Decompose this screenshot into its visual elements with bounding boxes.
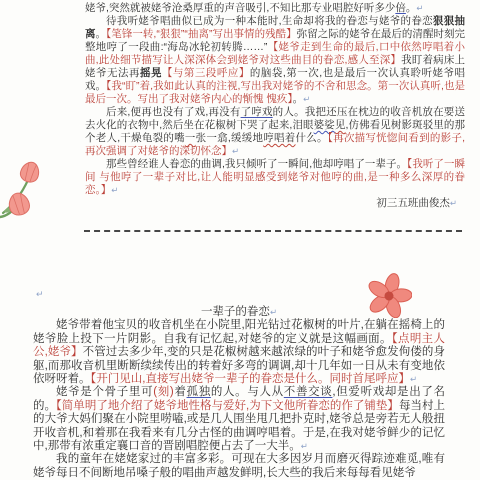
essay-text: 哼唱着 bbox=[263, 132, 295, 144]
paragraph-mark-icon: ↵ bbox=[301, 441, 308, 451]
essay-text: 倍 bbox=[395, 2, 406, 14]
paragraph: 姥爷,突然就被姥爷沧桑厚重的声音吸引,不知比那专业唱腔好听多少倍。↵ bbox=[85, 2, 465, 15]
essay-text: 不善交谈 bbox=[284, 386, 333, 398]
essay-2-body: 姥爷带着他宝贝的收音机坐在小院里,阳光钻过花椒树的叶片,在躺在摇椅上的姥爷脸上投… bbox=[33, 319, 445, 480]
essay-text: 婆娑 bbox=[314, 119, 335, 131]
essay-text: 待我听姥爷唱曲似已成为一种本能时,生命却将我的眷恋与姥爷的眷恋 bbox=[106, 15, 433, 27]
essay-text: 。 bbox=[96, 28, 107, 40]
paragraph-mark-icon: ↵ bbox=[270, 307, 277, 317]
essay-text: 见 bbox=[335, 119, 346, 131]
essay-text: 姥爷带着他宝贝的收音机坐在小院里,阳光钻过花椒树的叶片,在躺在摇椅上的姥爷脸上投… bbox=[33, 319, 445, 344]
essay-text: 着 bbox=[174, 386, 187, 398]
essay-text: 了哼戏 bbox=[241, 106, 273, 118]
essay-page-2: 一辈子的眷恋↵ 姥爷带着他宝贝的收音机坐在小院里,阳光钻过花椒树的叶片,在躺在摇… bbox=[33, 306, 445, 480]
paragraph-mark-icon: ↵ bbox=[416, 3, 423, 13]
essay-text: 那些曾经谁人眷恋的曲调,我只倾听了一瞬间,他却哼唱了一辈子。 bbox=[106, 158, 407, 170]
essay-1-body: 姥爷,突然就被姥爷沧桑厚重的声音吸引,不知比那专业唱腔好听多少倍。↵待我听姥爷唱… bbox=[85, 2, 465, 197]
essay-page-1: 姥爷,突然就被姥爷沧桑厚重的声音吸引,不知比那专业唱腔好听多少倍。↵待我听姥爷唱… bbox=[85, 2, 465, 210]
paragraph: 那些曾经谁人眷恋的曲调,我只倾听了一瞬间,他却哼唱了一辈子。【我听了一瞬间 与他… bbox=[85, 158, 465, 197]
essay-text: 一 bbox=[185, 132, 196, 144]
essay-text: 后来,便再也没有了戏,再没有 bbox=[106, 106, 241, 118]
tulip-flower-decoration bbox=[0, 160, 48, 222]
teacher-annotation: 【与第三段呼应】 bbox=[162, 67, 250, 79]
paragraph-mark-icon: ↵ bbox=[232, 146, 239, 156]
title-text: 一辈子的眷恋 bbox=[201, 306, 270, 318]
essay-text: 摇晃 bbox=[140, 67, 162, 79]
teacher-annotation: 【我“盯”着,我如此认真的注视,写出我对姥爷的不舍和思念。第一次认真听,也是最后… bbox=[85, 80, 465, 105]
essay-text: 孤独 bbox=[187, 386, 211, 398]
paragraph: 姥爷带着他宝贝的收音机坐在小院里,阳光钻过花椒树的叶片,在躺在摇椅上的姥爷脸上投… bbox=[33, 319, 445, 386]
paragraph-mark-icon: ↵ bbox=[303, 94, 310, 104]
paragraph: 后来,便再也没有了戏,再没有了哼戏的人。我把还压在枕边的收音机放在要送去火化的衣… bbox=[85, 106, 465, 158]
essay-text: 姥爷,突然就被姥爷沧桑厚重的声音吸引,不知比那专业唱腔好听多少 bbox=[85, 2, 395, 14]
essay-1-signature: 初三五班曲俊杰↵ bbox=[85, 197, 465, 210]
essay-text: 张一翕,缓缓地 bbox=[196, 132, 264, 144]
paragraph-mark-icon: ↵ bbox=[111, 185, 118, 195]
teacher-annotation: (刻) bbox=[153, 386, 173, 398]
essay-text: 。 bbox=[406, 2, 417, 14]
paragraph-mark-icon: ↵ bbox=[36, 290, 44, 299]
paragraph-mark-icon: ↵ bbox=[450, 198, 457, 208]
paragraph: 姥爷是个骨子里可(刻)着孤独的人。与人从不善交谈,但爱听戏却是出了名的。【简单明… bbox=[33, 386, 445, 453]
essay-text: 什么。 bbox=[295, 132, 327, 144]
page-divider bbox=[84, 230, 462, 232]
paragraph-mark-icon: ↵ bbox=[410, 374, 417, 384]
essay-2-title: 一辈子的眷恋↵ bbox=[33, 306, 445, 319]
signature-text: 初三五班曲俊杰 bbox=[376, 197, 450, 209]
essay-text: 。 bbox=[293, 93, 304, 105]
essay-text: 姥爷是个骨子里可 bbox=[56, 386, 153, 398]
teacher-annotation: 【开门见山,直接写出姥爷一辈子的眷恋是什么。同时首尾呼应】 bbox=[91, 373, 410, 385]
essay-text: 的人。与人从 bbox=[211, 386, 284, 398]
teacher-annotation: 【笔锋一转,“狠狠”“抽离”写出事情的残酷】 bbox=[106, 28, 297, 40]
paragraph: 我的童年在姥姥家过的丰富多彩。可现在大多因岁月而磨灭得踪迹难觅,唯有姥爷每日不间… bbox=[33, 453, 445, 480]
teacher-annotation: 【简单明了地介绍了姥爷地性格与爱好,为下文他所眷恋的作了铺垫】 bbox=[56, 400, 399, 412]
essay-text: 我的童年在姥姥家过的丰富多彩。可现在大多因岁月而磨灭得踪迹难觅,唯有姥爷每日不间… bbox=[33, 453, 445, 478]
paragraph: 待我听姥爷唱曲似已成为一种本能时,生命却将我的眷恋与姥爷的眷恋狠狠抽离。【笔锋一… bbox=[85, 15, 465, 106]
